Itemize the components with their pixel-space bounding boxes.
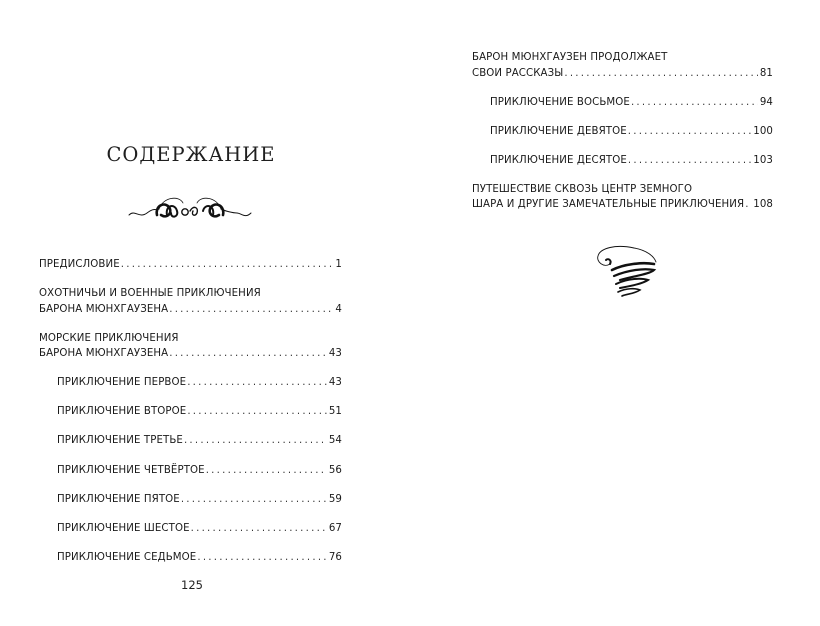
toc-entry-title: ПРИКЛЮЧЕНИЕ ВОСЬМОЕ bbox=[490, 95, 630, 111]
dot-leader bbox=[745, 197, 751, 213]
toc-entry[interactable]: ПРИКЛЮЧЕНИЕ ЧЕТВЁРТОЕ56 bbox=[39, 463, 342, 479]
dot-leader bbox=[564, 66, 757, 82]
toc-entry-page: 103 bbox=[753, 153, 773, 169]
toc-entry-title-line: БАРОН МЮНХГАУЗЕН ПРОДОЛЖАЕТ bbox=[472, 50, 773, 66]
toc-entry-page: 54 bbox=[329, 433, 342, 449]
toc-entry-title: ПРИКЛЮЧЕНИЕ ВТОРОЕ bbox=[57, 404, 186, 420]
toc-entry[interactable]: ПРИКЛЮЧЕНИЕ ШЕСТОЕ67 bbox=[39, 521, 342, 537]
toc-entry-page: 51 bbox=[329, 404, 342, 420]
toc-entry-page: 94 bbox=[760, 95, 773, 111]
toc-entry-page: 67 bbox=[329, 521, 342, 537]
toc-entry[interactable]: МОРСКИЕ ПРИКЛЮЧЕНИЯБАРОНА МЮНХГАУЗЕНА43 bbox=[39, 331, 342, 362]
toc-entry[interactable]: ПРИКЛЮЧЕНИЕ ТРЕТЬЕ54 bbox=[39, 433, 342, 449]
flourish-tailpiece-icon bbox=[590, 240, 670, 302]
toc-entry-title: ШАРА И ДРУГИЕ ЗАМЕЧАТЕЛЬНЫЕ ПРИКЛЮЧЕНИЯ bbox=[472, 197, 744, 213]
dot-leader bbox=[628, 153, 751, 169]
left-page: СОДЕРЖАНИЕ ПРЕДИСЛОВИЕ1ОХОТНИЧЬИ И ВОЕНН… bbox=[0, 0, 400, 626]
toc-entry-title: ПРИКЛЮЧЕНИЕ СЕДЬМОЕ bbox=[57, 550, 196, 566]
toc-entry-title-line: ПУТЕШЕСТВИЕ СКВОЗЬ ЦЕНТР ЗЕМНОГО bbox=[472, 182, 773, 198]
toc-entry[interactable]: ПРЕДИСЛОВИЕ1 bbox=[39, 257, 342, 273]
toc-entry-title: ПРЕДИСЛОВИЕ bbox=[39, 257, 120, 273]
toc-entry-page: 56 bbox=[329, 463, 342, 479]
toc-entry[interactable]: БАРОН МЮНХГАУЗЕН ПРОДОЛЖАЕТСВОИ РАССКАЗЫ… bbox=[472, 50, 773, 81]
toc-entry-title-line: МОРСКИЕ ПРИКЛЮЧЕНИЯ bbox=[39, 331, 342, 347]
toc-entry[interactable]: ПРИКЛЮЧЕНИЕ ВТОРОЕ51 bbox=[39, 404, 342, 420]
dot-leader bbox=[187, 375, 327, 391]
toc-entry-title: ПРИКЛЮЧЕНИЕ ШЕСТОЕ bbox=[57, 521, 190, 537]
toc-entry[interactable]: ПУТЕШЕСТВИЕ СКВОЗЬ ЦЕНТР ЗЕМНОГОШАРА И Д… bbox=[472, 182, 773, 213]
flourish-divider-icon bbox=[127, 193, 253, 223]
toc-entry-page: 100 bbox=[753, 124, 773, 140]
dot-leader bbox=[187, 404, 327, 420]
toc-entry-page: 4 bbox=[335, 302, 342, 318]
toc-entry-page: 108 bbox=[753, 197, 773, 213]
dot-leader bbox=[191, 521, 327, 537]
toc-entry-page: 59 bbox=[329, 492, 342, 508]
toc-entry-title: БАРОНА МЮНХГАУЗЕНА bbox=[39, 302, 168, 318]
toc-right: БАРОН МЮНХГАУЗЕН ПРОДОЛЖАЕТСВОИ РАССКАЗЫ… bbox=[472, 50, 773, 226]
toc-entry[interactable]: ПРИКЛЮЧЕНИЕ СЕДЬМОЕ76 bbox=[39, 550, 342, 566]
toc-entry-page: 81 bbox=[760, 66, 773, 82]
toc-entry[interactable]: ПРИКЛЮЧЕНИЕ ДЕВЯТОЕ100 bbox=[472, 124, 773, 140]
dot-leader bbox=[631, 95, 758, 111]
dot-leader bbox=[121, 257, 334, 273]
dot-leader bbox=[184, 433, 327, 449]
dot-leader bbox=[628, 124, 752, 140]
toc-entry-title: ПРИКЛЮЧЕНИЕ ПЯТОЕ bbox=[57, 492, 180, 508]
dot-leader bbox=[206, 463, 327, 479]
toc-entry-title: ПРИКЛЮЧЕНИЕ ДЕСЯТОЕ bbox=[490, 153, 627, 169]
dot-leader bbox=[197, 550, 326, 566]
toc-entry-title: ПРИКЛЮЧЕНИЕ ТРЕТЬЕ bbox=[57, 433, 183, 449]
right-page: БАРОН МЮНХГАУЗЕН ПРОДОЛЖАЕТСВОИ РАССКАЗЫ… bbox=[420, 0, 820, 626]
toc-entry-title: БАРОНА МЮНХГАУЗЕНА bbox=[39, 346, 168, 362]
toc-left: ПРЕДИСЛОВИЕ1ОХОТНИЧЬИ И ВОЕННЫЕ ПРИКЛЮЧЕ… bbox=[39, 257, 342, 579]
toc-entry[interactable]: ОХОТНИЧЬИ И ВОЕННЫЕ ПРИКЛЮЧЕНИЯБАРОНА МЮ… bbox=[39, 286, 342, 317]
toc-entry[interactable]: ПРИКЛЮЧЕНИЕ ПЕРВОЕ43 bbox=[39, 375, 342, 391]
page-number: 125 bbox=[170, 578, 214, 592]
toc-entry-title: ПРИКЛЮЧЕНИЕ ДЕВЯТОЕ bbox=[490, 124, 627, 140]
toc-entry-title: ПРИКЛЮЧЕНИЕ ПЕРВОЕ bbox=[57, 375, 186, 391]
toc-entry-title-line: ОХОТНИЧЬИ И ВОЕННЫЕ ПРИКЛЮЧЕНИЯ bbox=[39, 286, 342, 302]
dot-leader bbox=[169, 346, 327, 362]
toc-entry[interactable]: ПРИКЛЮЧЕНИЕ ДЕСЯТОЕ103 bbox=[472, 153, 773, 169]
dot-leader bbox=[181, 492, 327, 508]
toc-entry-page: 43 bbox=[329, 346, 342, 362]
toc-entry-title: ПРИКЛЮЧЕНИЕ ЧЕТВЁРТОЕ bbox=[57, 463, 205, 479]
dot-leader bbox=[169, 302, 333, 318]
toc-entry-page: 43 bbox=[329, 375, 342, 391]
toc-entry-title: СВОИ РАССКАЗЫ bbox=[472, 66, 563, 82]
toc-entry-page: 1 bbox=[335, 257, 342, 273]
toc-entry[interactable]: ПРИКЛЮЧЕНИЕ ВОСЬМОЕ94 bbox=[472, 95, 773, 111]
toc-entry-page: 76 bbox=[329, 550, 342, 566]
toc-entry[interactable]: ПРИКЛЮЧЕНИЕ ПЯТОЕ59 bbox=[39, 492, 342, 508]
contents-title: СОДЕРЖАНИЕ bbox=[40, 143, 342, 166]
